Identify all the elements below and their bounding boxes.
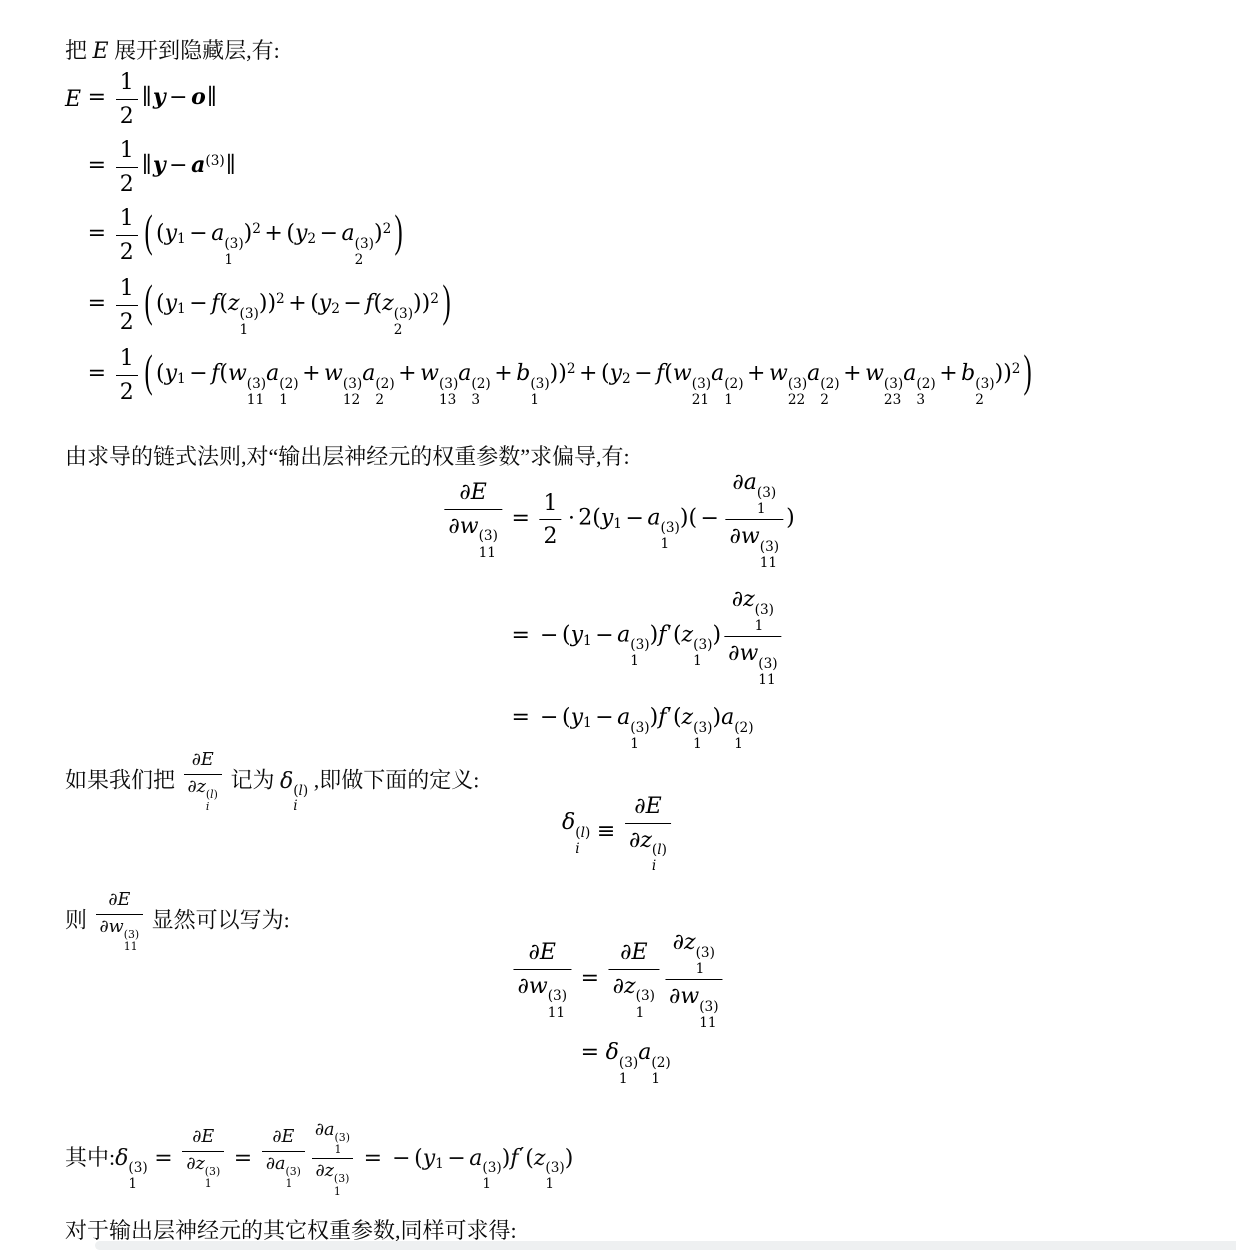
- horizontal-scrollbar[interactable]: [95, 1241, 1236, 1250]
- equation-rhs: =12⋅2(y1−a(3)1)(−∂a(3)1∂w(3)11): [505, 468, 795, 571]
- equation-lhs: ∂E∂w(3)11: [441, 478, 505, 561]
- equation-lhs: E: [65, 86, 81, 112]
- paragraph-intro: 把 E 展开到隐藏层,有:: [65, 34, 280, 68]
- page: { "page": { "background": "#ffffff", "te…: [0, 0, 1236, 1250]
- equation-block-error-expansion: E=12∥y−o∥=12∥y−a(3)∥=12((y1−a(3)1)2+(y2−…: [65, 68, 1036, 408]
- equation-rhs: ≡∂E∂z(l)i: [590, 792, 674, 875]
- equation-rhs: =−(y1−a(3)1)f′(z(3)1)∂z(3)1∂w(3)11: [505, 585, 785, 688]
- equation-block-partial-derivative: ∂E∂w(3)11=12⋅2(y1−a(3)1)(−∂a(3)1∂w(3)11)…: [441, 468, 794, 752]
- equation-rhs: =12∥y−a(3)∥: [81, 136, 237, 198]
- inline-math: δ(l)i: [280, 769, 308, 794]
- paragraph-rewrite: 则 ∂E∂w(3)11 显然可以写为:: [65, 890, 290, 953]
- paragraph-delta-value: 其中:δ(3)1=∂E∂z(3)1=∂E∂a(3)1∂a(3)1∂z(3)1=−…: [65, 1120, 573, 1198]
- inline-math: δ(3)1=∂E∂z(3)1=∂E∂a(3)1∂a(3)1∂z(3)1=−(y1…: [115, 1146, 573, 1171]
- equation-lhs: δ(l)i: [562, 809, 590, 857]
- equation-rhs: =12((y1−f(w(3)11a(2)1+w(3)12a(2)2+w(3)13…: [81, 344, 1036, 408]
- equation-lhs: ∂E∂w(3)11: [510, 938, 574, 1021]
- paragraph-delta-notation: 如果我们把 ∂E∂z(l)i 记为 δ(l)i ,即做下面的定义:: [65, 750, 479, 815]
- inline-math: E: [93, 39, 109, 64]
- equation-rhs: =−(y1−a(3)1)f′(z(3)1)a(2)1: [505, 702, 754, 752]
- equation-rhs: =12((y1−a(3)1)2+(y2−a(3)2)2): [81, 204, 407, 268]
- equation-rhs: =12((y1−f(z(3)1))2+(y2−f(z(3)2))2): [81, 274, 454, 338]
- equation-block-delta-definition: δ(l)i≡∂E∂z(l)i: [562, 792, 674, 875]
- equation-rhs: =∂E∂z(3)1∂z(3)1∂w(3)11: [574, 928, 726, 1031]
- equation-rhs: =12∥y−o∥: [81, 68, 218, 130]
- equation-block-delta-form: ∂E∂w(3)11=∂E∂z(3)1∂z(3)1∂w(3)11=δ(3)1a(2…: [510, 928, 725, 1087]
- inline-math: ∂E∂w(3)11: [93, 909, 147, 934]
- equation-rhs: =δ(3)1a(2)1: [574, 1039, 671, 1087]
- inline-math: ∂E∂z(l)i: [181, 769, 225, 794]
